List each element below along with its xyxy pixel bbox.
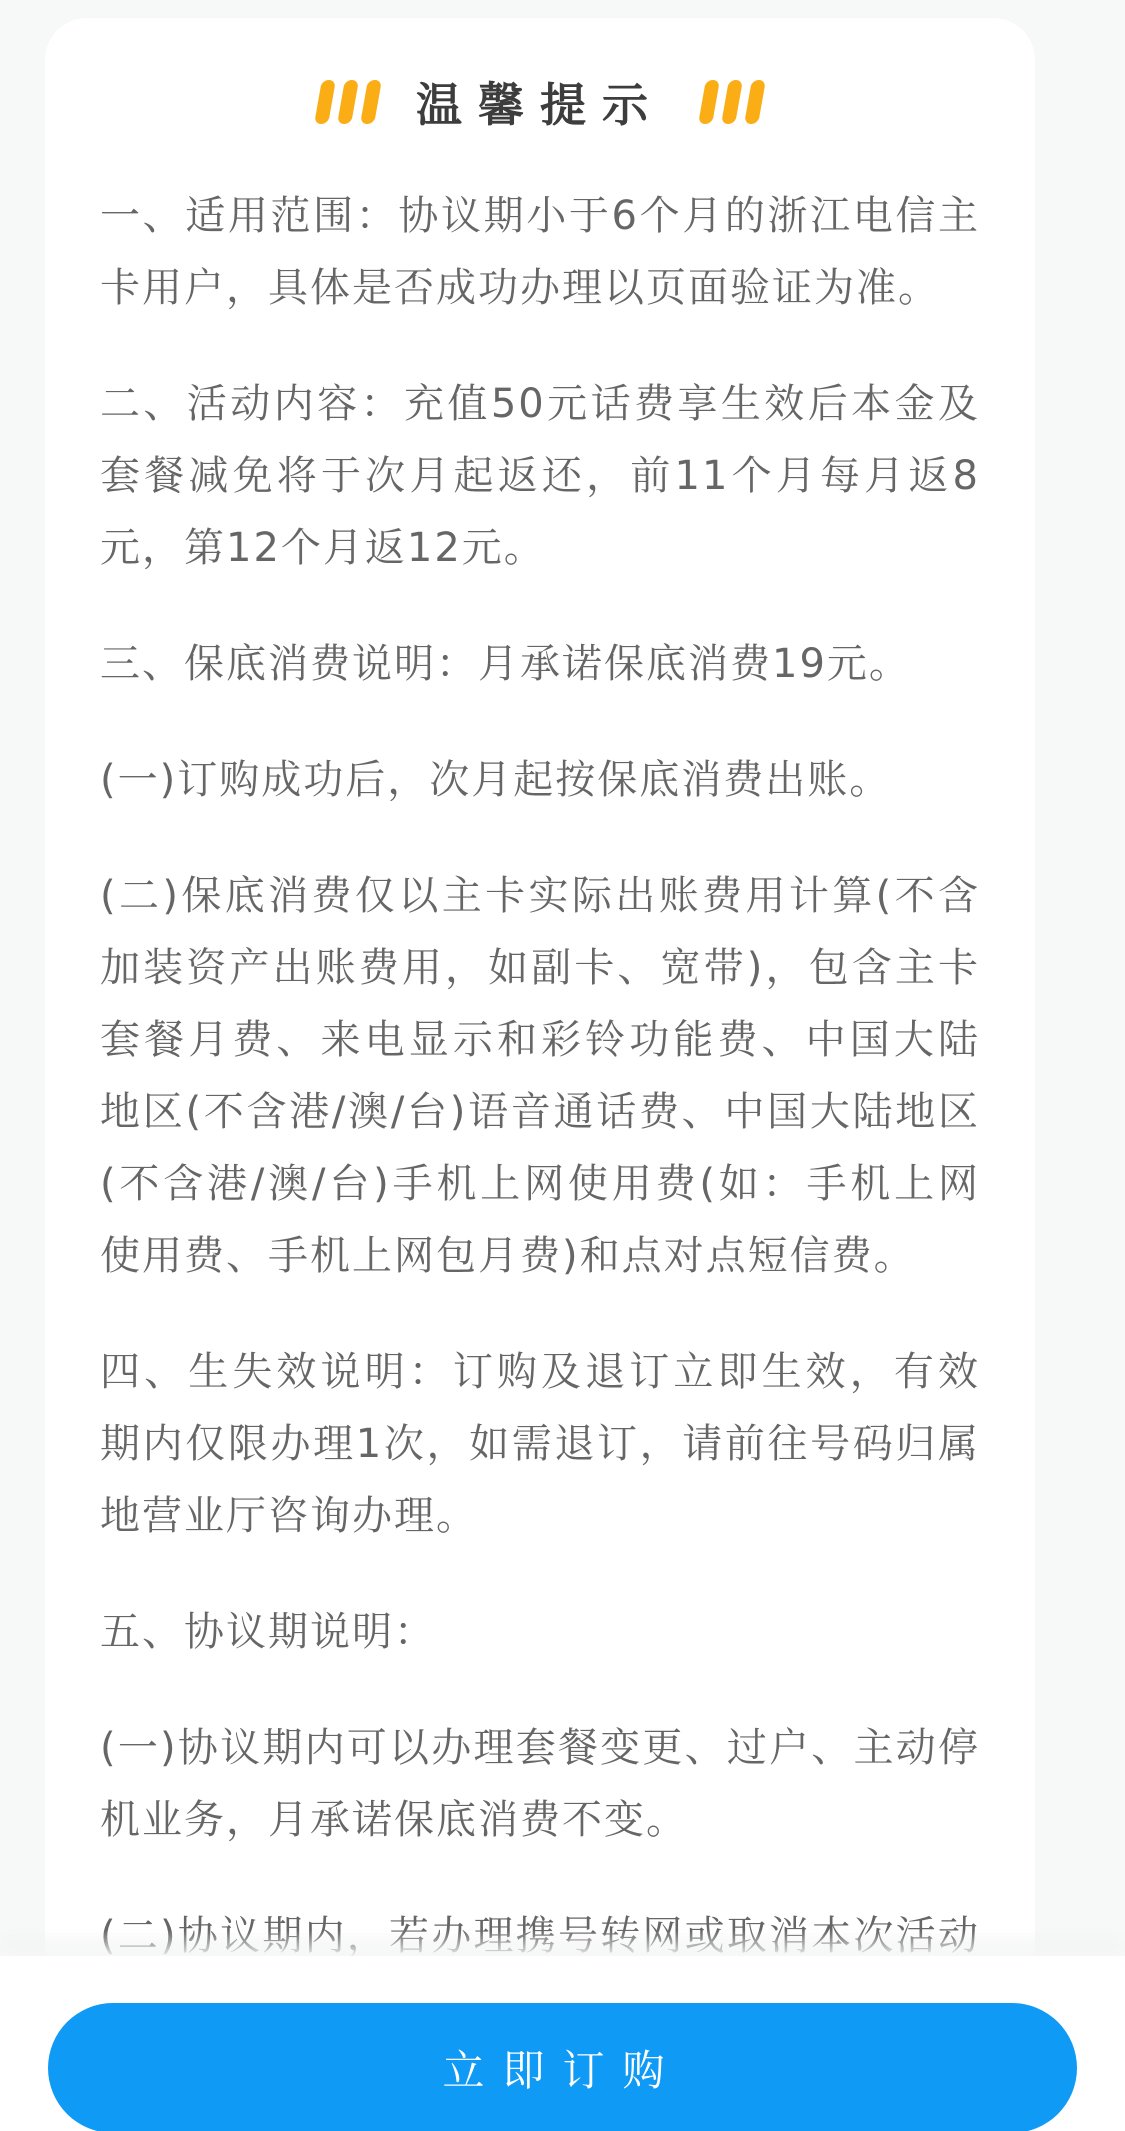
page-title: 温馨提示 (416, 69, 664, 135)
triple-bars-right-icon (698, 80, 766, 124)
decor-bar (721, 80, 743, 124)
bottom-action-bar: 立即订购 (0, 1956, 1125, 2131)
notice-paragraph: 三、保底消费说明：月承诺保底消费19元。 (100, 628, 980, 700)
notice-paragraph: 一、适用范围：协议期小于6个月的浙江电信主卡用户，具体是否成功办理以页面验证为准… (100, 180, 980, 324)
notice-paragraph: 四、生失效说明：订购及退订立即生效，有效期内仅限办理1次，如需退订，请前往号码归… (100, 1336, 980, 1552)
decor-bar (360, 80, 382, 124)
triple-bars-left-icon (314, 80, 382, 124)
decor-bar (698, 80, 720, 124)
notice-paragraph: (一)协议期内可以办理套餐变更、过户、主动停机业务，月承诺保底消费不变。 (100, 1712, 980, 1856)
subscribe-now-button[interactable]: 立即订购 (48, 2003, 1077, 2131)
notice-paragraph-list: 一、适用范围：协议期小于6个月的浙江电信主卡用户，具体是否成功办理以页面验证为准… (100, 180, 980, 2044)
decor-bar (314, 80, 336, 124)
notice-paragraph: (一)订购成功后，次月起按保底消费出账。 (100, 744, 980, 816)
decor-bar (337, 80, 359, 124)
notice-paragraph: 二、活动内容：充值50元话费享生效后本金及套餐减免将于次月起返还，前11个月每月… (100, 368, 980, 584)
tips-card: 温馨提示 一、适用范围：协议期小于6个月的浙江电信主卡用户，具体是否成功办理以页… (45, 18, 1035, 2131)
promo-terms-page: { "theme": { "page_bg": "#f7f8f8", "card… (0, 0, 1125, 2131)
notice-paragraph: 五、协议期说明： (100, 1596, 980, 1668)
card-title-row: 温馨提示 (100, 70, 980, 134)
decor-bar (744, 80, 766, 124)
notice-paragraph: (二)保底消费仅以主卡实际出账费用计算(不含加装资产出账费用，如副卡、宽带)，包… (100, 860, 980, 1292)
